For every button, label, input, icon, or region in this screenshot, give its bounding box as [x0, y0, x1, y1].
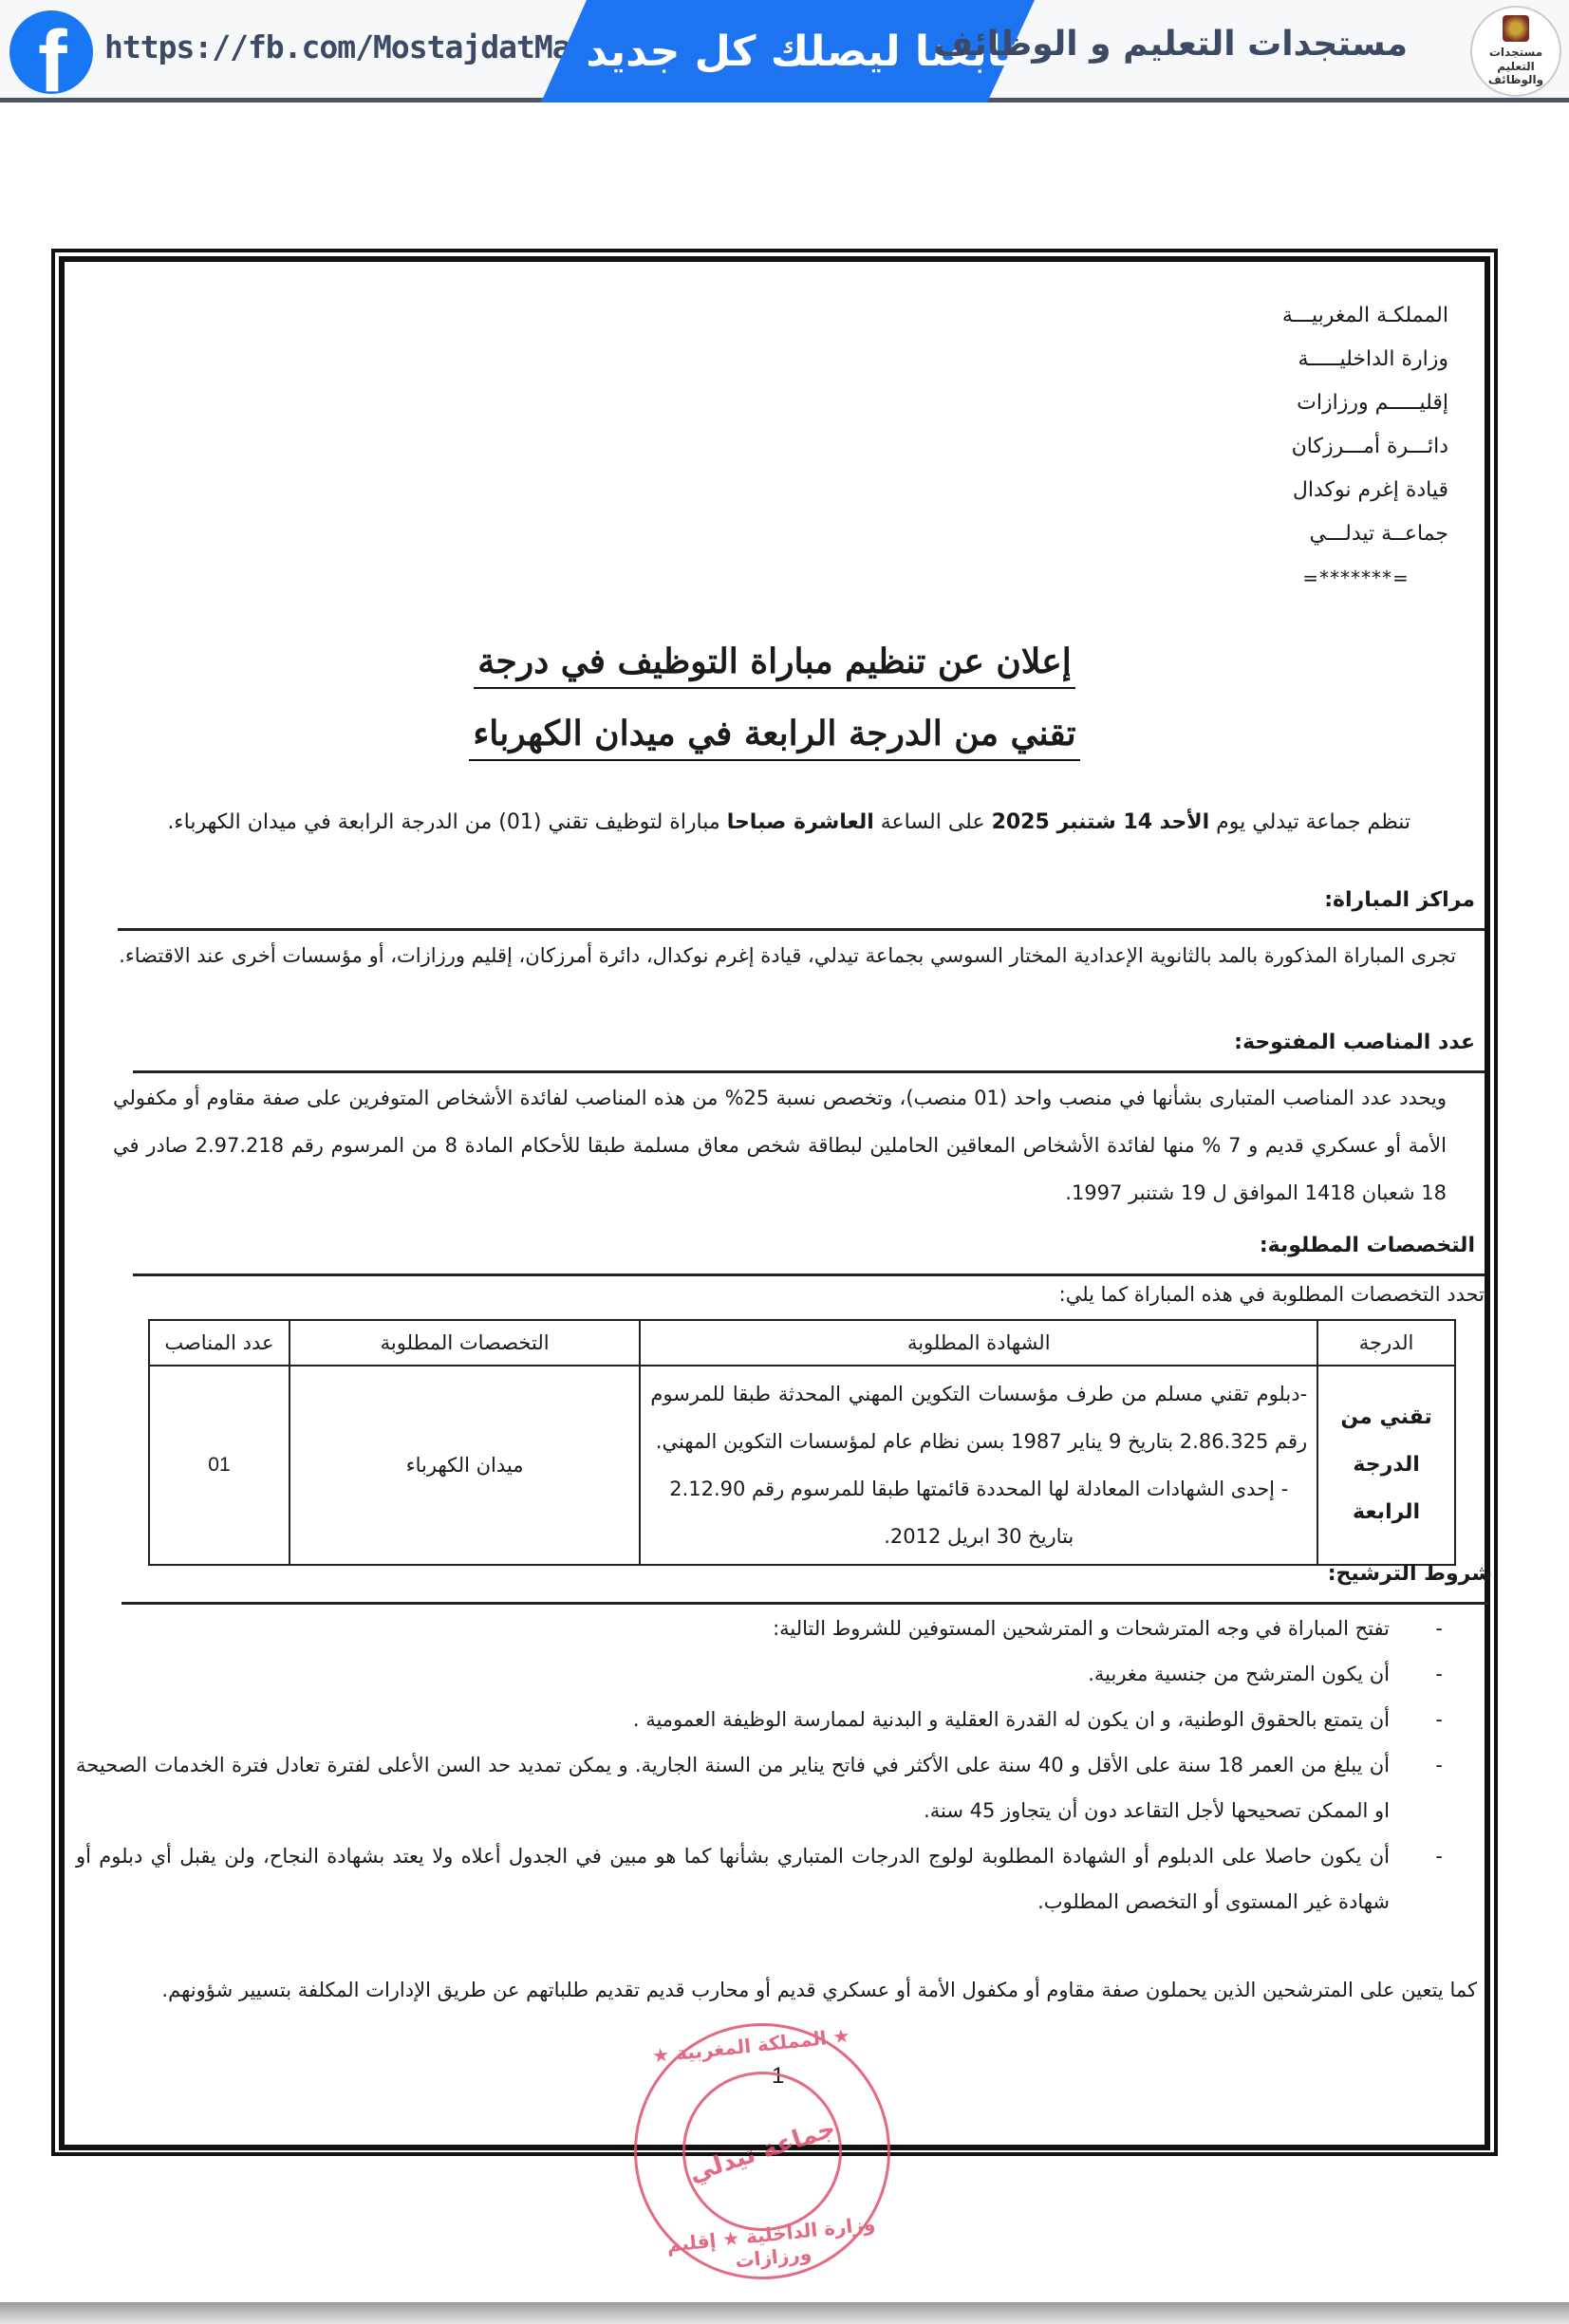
table-row: تقني من الدرجة الرابعة -دبلوم تقني مسلم … [149, 1366, 1455, 1565]
title-line-2: تقني من الدرجة الرابعة في ميدان الكهرباء [469, 714, 1079, 761]
section-divider [133, 1070, 1485, 1073]
intro-text: تنظم جماعة تيدلي يوم [1209, 810, 1410, 834]
top-banner: f https://fb.com/MostajdatMaroc تابعنا ل… [0, 0, 1569, 102]
issuer-line: قيادة إغرم نوكدال [1282, 469, 1448, 512]
issuer-header: المملكـة المغربيـــة وزارة الداخليـــــة… [1282, 294, 1448, 600]
grade-cell: تقني من الدرجة الرابعة [1317, 1366, 1455, 1565]
certificate-option-1: -دبلوم تقني مسلم من طرف مؤسسات التكوين ا… [650, 1370, 1307, 1465]
certificate-cell: -دبلوم تقني مسلم من طرف مؤسسات التكوين ا… [640, 1366, 1317, 1565]
stamp-center-text: جماعة تيدلي [685, 2114, 838, 2188]
col-specialty: التخصصات المطلوبة [290, 1320, 640, 1366]
header-separator: =*******= [1282, 556, 1448, 600]
intro-paragraph: تنظم جماعة تيدلي يوم الأحد 14 شتنبر 2025… [120, 810, 1410, 834]
specialties-intro: تحدد التخصصات المطلوبة في هذه المباراة ك… [118, 1275, 1485, 1313]
condition-item: أن يبلغ من العمر 18 سنة على الأقل و 40 س… [76, 1742, 1443, 1833]
facebook-glyph: f [38, 18, 67, 94]
site-name: مستجدات التعليم و الوظائف [933, 25, 1408, 64]
moroccan-emblem-icon [1503, 15, 1529, 42]
conditions-list: تفتح المباراة في وجه المترشحات و المترشح… [76, 1606, 1443, 1924]
announcement-title: إعلان عن تنظيم مباراة التوظيف في درجة تق… [65, 641, 1485, 765]
positions-text: ويحدد عدد المناصب المتبارى بشأنها في منص… [113, 1074, 1447, 1217]
facebook-icon[interactable]: f [9, 10, 93, 94]
intro-date: الأحد 14 شتنبر 2025 [992, 810, 1210, 834]
condition-item: تفتح المباراة في وجه المترشحات و المترشح… [76, 1606, 1443, 1651]
site-logo: مستجدات التعليم والوظائف [1470, 6, 1561, 97]
issuer-line: وزارة الداخليـــــة [1282, 338, 1448, 381]
condition-item: أن يكون المترشح من جنسية مغربية. [76, 1651, 1443, 1697]
conditions-heading: شروط الترشيح: [1328, 1562, 1492, 1586]
issuer-line: المملكـة المغربيـــة [1282, 294, 1448, 338]
col-certificate: الشهادة المطلوبة [640, 1320, 1317, 1366]
issuer-line: إقليـــــم ورزازات [1282, 381, 1448, 425]
intro-time: العاشرة صباحا [727, 810, 874, 834]
issuer-line: جماعــة تيدلـــي [1282, 512, 1448, 556]
specialties-table: الدرجة الشهادة المطلوبة التخصصات المطلوب… [148, 1319, 1456, 1566]
section-divider [121, 1602, 1488, 1605]
positions-heading: عدد المناصب المفتوحة: [1234, 1031, 1485, 1054]
certificate-option-2: - إحدى الشهادات المعادلة لها المحددة قائ… [650, 1465, 1307, 1560]
count-cell: 01 [149, 1366, 290, 1565]
table-header-row: الدرجة الشهادة المطلوبة التخصصات المطلوب… [149, 1320, 1455, 1366]
title-line-1: إعلان عن تنظيم مباراة التوظيف في درجة [474, 641, 1074, 689]
closing-paragraph: كما يتعين على المترشحين الذين يحملون صفة… [72, 1966, 1477, 2014]
col-count: عدد المناصب [149, 1320, 290, 1366]
scan-edge-shadow [0, 2302, 1569, 2324]
centers-heading: مراكز المباراة: [1324, 888, 1485, 912]
facebook-link[interactable]: https://fb.com/MostajdatMaroc [104, 28, 624, 65]
intro-text: مباراة لتوظيف تقني (01) من الدرجة الرابع… [167, 810, 726, 834]
condition-item: أن يكون حاصلا على الدبلوم أو الشهادة الم… [76, 1833, 1443, 1924]
intro-text: على الساعة [874, 810, 992, 834]
col-grade: الدرجة [1317, 1320, 1455, 1366]
specialty-cell: ميدان الكهرباء [290, 1366, 640, 1565]
centers-text: تجرى المباراة المذكورة بالمد بالثانوية ا… [70, 932, 1456, 979]
logo-text: مستجدات التعليم والوظائف [1472, 46, 1560, 86]
specialties-heading: التخصصات المطلوبة: [1260, 1234, 1485, 1257]
document-page: المملكـة المغربيـــة وزارة الداخليـــــة… [65, 262, 1485, 2145]
condition-item: أن يتمتع بالحقوق الوطنية، و ان يكون له ا… [76, 1697, 1443, 1742]
issuer-line: دائـــرة أمـــرزكان [1282, 425, 1448, 469]
section-divider [118, 928, 1485, 931]
stamp-inner-circle: جماعة تيدلي [675, 2064, 850, 2240]
